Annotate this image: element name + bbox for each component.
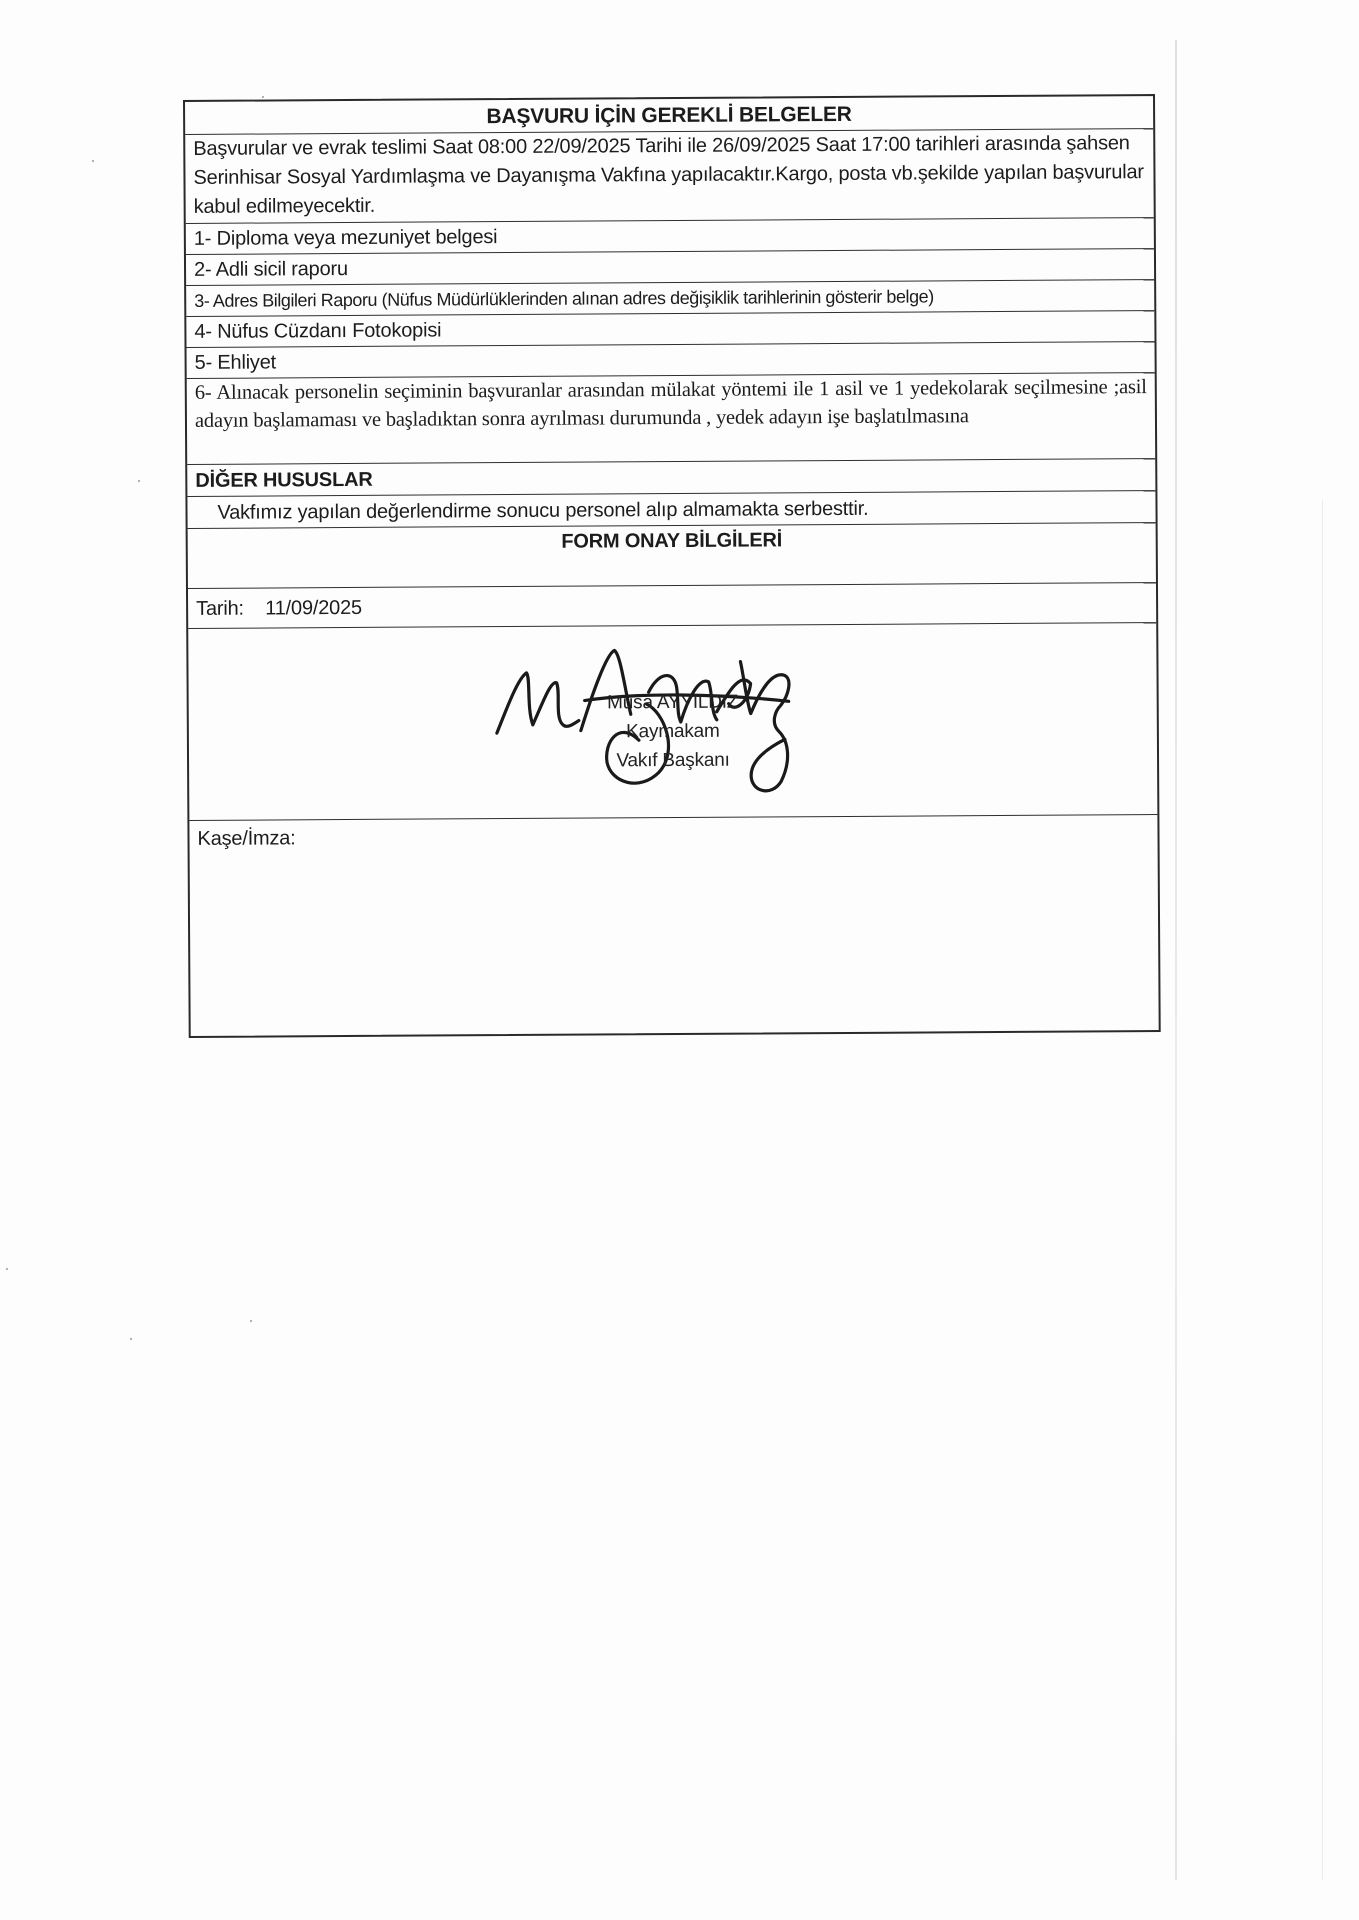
scan-speck xyxy=(250,1320,252,1322)
signature-block: Musa AYYILDIZ Kaymakam Vakıf Başkanı xyxy=(188,623,1157,821)
scan-speck xyxy=(6,1268,8,1270)
scan-speck xyxy=(262,96,264,98)
date-value: 11/09/2025 xyxy=(265,597,362,620)
date-label: Tarih: xyxy=(196,598,244,620)
approval-date-row: Tarih: 11/09/2025 xyxy=(188,583,1156,629)
stamp-signature-field: Kaşe/İmza: xyxy=(189,815,1158,1036)
signer-role: Vakıf Başkanı xyxy=(189,743,1157,778)
paper-edge-line xyxy=(1322,500,1323,1880)
scan-speck xyxy=(138,480,140,482)
required-document-item: 6- Alınacak personelin seçiminin başvura… xyxy=(187,373,1156,465)
application-requirements-form: BAŞVURU İÇİN GEREKLİ BELGELER Başvurular… xyxy=(183,94,1161,1038)
paper-fold-line xyxy=(1175,40,1177,1880)
scan-speck xyxy=(130,1338,132,1340)
intro-paragraph: Başvurular ve evrak teslimi Saat 08:00 2… xyxy=(185,129,1154,224)
stamp-label: Kaşe/İmza: xyxy=(197,827,295,850)
signer-info: Musa AYYILDIZ Kaymakam Vakıf Başkanı xyxy=(189,685,1158,778)
approval-heading: FORM ONAY BİLGİLERİ xyxy=(188,523,1156,589)
scan-speck xyxy=(92,160,94,162)
